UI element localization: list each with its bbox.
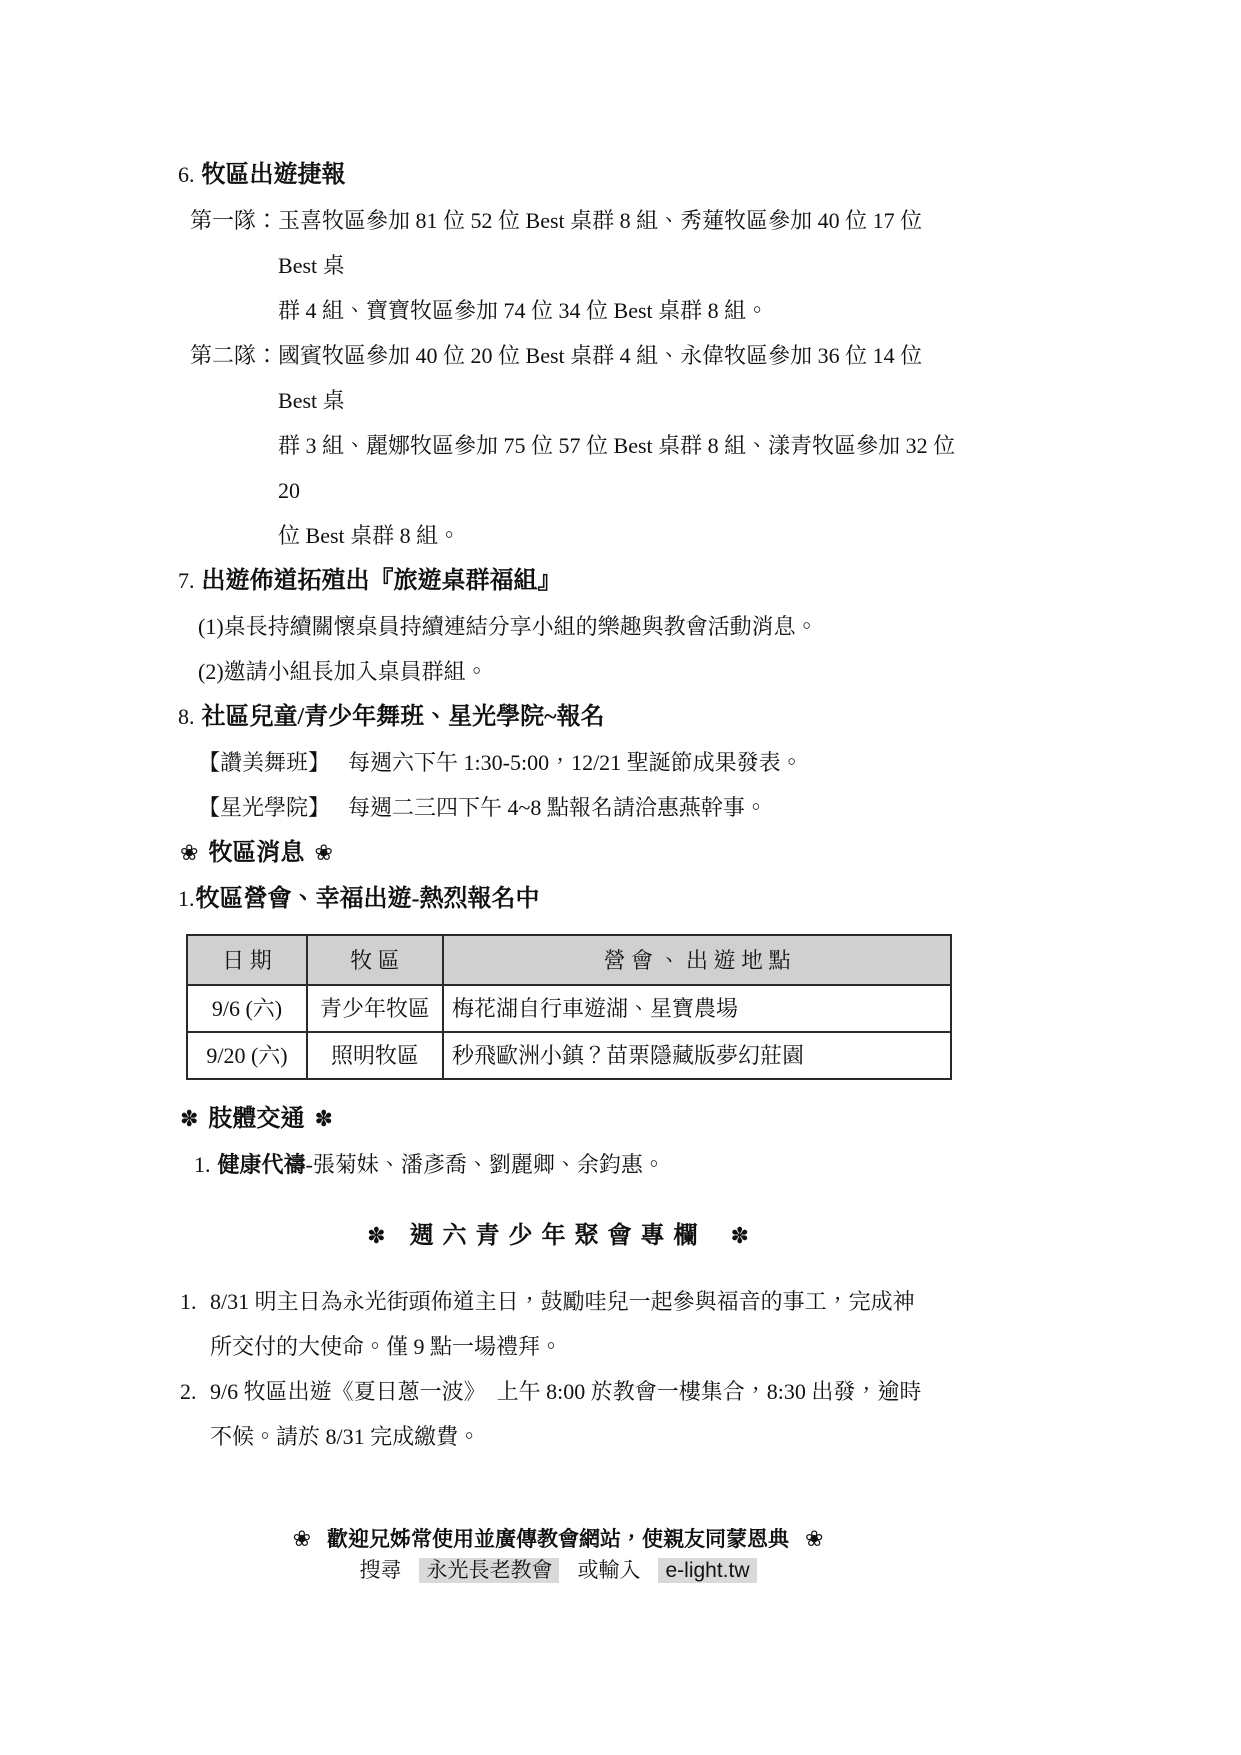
fellowship-heading: ✽肢體交通✽ — [178, 1096, 960, 1142]
youth-column-heading: ✽週六青少年聚會專欄✽ — [178, 1213, 938, 1259]
praise-dance-row: 【讚美舞班】每週六下午 1:30-5:00，12/21 聖誕節成果發表。 — [178, 740, 960, 785]
section-outreach: 7.出遊佈道拓殖出『旅遊桌群福組』 (1)桌長持續關懷桌員持續連結分享小組的樂趣… — [178, 558, 960, 694]
flower-icon: ❀ — [805, 1526, 823, 1551]
team-row: 第二隊： 國賓牧區參加 40 位 20 位 Best 桌群 4 組、永偉牧區參加… — [178, 333, 960, 558]
youth-item2-text: 9/6 牧區出遊《夏日蔥一波》 上午 8:00 於教會一樓集合，8:30 出發，… — [210, 1369, 960, 1459]
bulletin-content: 6.牧區出遊捷報 第一隊： 玉喜牧區參加 81 位 52 位 Best 桌群 8… — [178, 152, 960, 1586]
section-fellowship: ✽肢體交通✽ 1.健康代禱-張菊妹、潘彥喬、劉麗卿、余鈞惠。 — [178, 1096, 960, 1187]
pastoral-news-heading-text: 牧區消息 — [208, 840, 304, 866]
church-site-url: e-light.tw — [658, 1558, 756, 1583]
outing-report-number: 6. — [178, 162, 195, 187]
registration-number: 8. — [178, 704, 195, 729]
table-header-zone: 牧 區 — [307, 935, 443, 985]
health-prayer-label: 健康代禱 — [218, 1152, 306, 1177]
health-prayer-item: 1.健康代禱-張菊妹、潘彥喬、劉麗卿、余鈞惠。 — [178, 1142, 960, 1187]
team1-text: 玉喜牧區參加 81 位 52 位 Best 桌群 8 組、秀蓮牧區參加 40 位… — [278, 198, 960, 333]
footer-or-label: 或輸入 — [577, 1559, 640, 1582]
registration-title: 社區兒童/青少年舞班、星光學院~報名 — [202, 704, 605, 730]
starlight-row: 【星光學院】每週二三四下午 4~8 點報名請洽惠燕幹事。 — [178, 785, 960, 830]
camp-signup-number: 1. — [178, 886, 195, 911]
row2-date: 9/20 (六) — [187, 1032, 307, 1079]
row2-zone: 照明牧區 — [307, 1032, 443, 1079]
outreach-point-1: (1)桌長持續關懷桌員持續連結分享小組的樂趣與教會活動消息。 — [178, 604, 960, 649]
row2-place: 秒飛歐洲小鎮？苗栗隱藏版夢幻莊園 — [443, 1032, 951, 1079]
flower-icon: ✽ — [180, 1106, 198, 1131]
row1-zone: 青少年牧區 — [307, 985, 443, 1032]
health-prayer-names: -張菊妹、潘彥喬、劉麗卿、余鈞惠。 — [306, 1152, 665, 1177]
health-prayer-number: 1. — [194, 1152, 211, 1177]
row1-date: 9/6 (六) — [187, 985, 307, 1032]
flower-icon: ❀ — [314, 840, 332, 865]
flower-icon: ✽ — [367, 1223, 385, 1248]
outreach-number: 7. — [178, 568, 195, 593]
page-footer: ❀歡迎兄姊常使用並廣傳教會網站，使親友同蒙恩典❀ 搜尋永光長老教會或輸入e-li… — [178, 1523, 938, 1586]
youth-item1-text: 8/31 明主日為永光街頭佈道主日，鼓勵哇兒一起參與福音的事工，完成神 所交付的… — [210, 1279, 960, 1369]
starlight-label: 【星光學院】 — [198, 795, 330, 820]
flower-icon: ✽ — [731, 1223, 749, 1248]
section-youth-column: ✽週六青少年聚會專欄✽ 1. 8/31 明主日為永光街頭佈道主日，鼓勵哇兒一起參… — [178, 1213, 960, 1459]
bulletin-page: 6.牧區出遊捷報 第一隊： 玉喜牧區參加 81 位 52 位 Best 桌群 8… — [0, 0, 1241, 1755]
team2-label: 第二隊： — [178, 333, 278, 558]
praise-dance-text: 每週六下午 1:30-5:00，12/21 聖誕節成果發表。 — [348, 750, 803, 775]
church-site-name: 永光長老教會 — [419, 1558, 559, 1583]
outing-report-title: 牧區出遊捷報 — [202, 162, 346, 188]
camp-outing-table: 日 期 牧 區 營 會 、 出 遊 地 點 9/6 (六) 青少年牧區 梅花湖自… — [186, 934, 952, 1080]
flower-icon: ❀ — [180, 840, 198, 865]
team2-text: 國賓牧區參加 40 位 20 位 Best 桌群 4 組、永偉牧區參加 36 位… — [278, 333, 960, 558]
table-row: 9/6 (六) 青少年牧區 梅花湖自行車遊湖、星寶農場 — [187, 985, 951, 1032]
section-registration: 8.社區兒童/青少年舞班、星光學院~報名 【讚美舞班】每週六下午 1:30-5:… — [178, 694, 960, 830]
table-header-place: 營 會 、 出 遊 地 點 — [443, 935, 951, 985]
outing-report-heading: 6.牧區出遊捷報 — [178, 152, 960, 198]
outreach-point-2: (2)邀請小組長加入桌員群組。 — [178, 649, 960, 694]
camp-signup-heading: 1.牧區營會、幸福出遊-熱烈報名中 — [178, 876, 960, 922]
flower-icon: ✽ — [314, 1106, 332, 1131]
youth-item: 2. 9/6 牧區出遊《夏日蔥一波》 上午 8:00 於教會一樓集合，8:30 … — [178, 1369, 960, 1459]
youth-column-heading-text: 週六青少年聚會專欄 — [410, 1223, 707, 1249]
table-header-row: 日 期 牧 區 營 會 、 出 遊 地 點 — [187, 935, 951, 985]
camp-signup-title: 牧區營會、幸福出遊-熱烈報名中 — [196, 886, 540, 912]
outreach-heading: 7.出遊佈道拓殖出『旅遊桌群福組』 — [178, 558, 960, 604]
footer-welcome-line: ❀歡迎兄姊常使用並廣傳教會網站，使親友同蒙恩典❀ — [178, 1523, 938, 1555]
team1-label: 第一隊： — [178, 198, 278, 333]
section-pastoral-news: ❀牧區消息❀ 1.牧區營會、幸福出遊-熱烈報名中 日 期 牧 區 營 會 、 出… — [178, 830, 960, 1080]
section-outing-report: 6.牧區出遊捷報 第一隊： 玉喜牧區參加 81 位 52 位 Best 桌群 8… — [178, 152, 960, 558]
praise-dance-label: 【讚美舞班】 — [198, 750, 330, 775]
table-row: 9/20 (六) 照明牧區 秒飛歐洲小鎮？苗栗隱藏版夢幻莊園 — [187, 1032, 951, 1079]
table-header-date: 日 期 — [187, 935, 307, 985]
registration-heading: 8.社區兒童/青少年舞班、星光學院~報名 — [178, 694, 960, 740]
youth-item2-number: 2. — [178, 1369, 210, 1459]
footer-welcome-text: 歡迎兄姊常使用並廣傳教會網站，使親友同蒙恩典 — [327, 1528, 789, 1551]
youth-item1-number: 1. — [178, 1279, 210, 1369]
footer-search-label: 搜尋 — [359, 1559, 401, 1582]
row1-place: 梅花湖自行車遊湖、星寶農場 — [443, 985, 951, 1032]
outreach-title: 出遊佈道拓殖出『旅遊桌群福組』 — [202, 568, 562, 594]
youth-item: 1. 8/31 明主日為永光街頭佈道主日，鼓勵哇兒一起參與福音的事工，完成神 所… — [178, 1279, 960, 1369]
team-row: 第一隊： 玉喜牧區參加 81 位 52 位 Best 桌群 8 組、秀蓮牧區參加… — [178, 198, 960, 333]
flower-icon: ❀ — [293, 1526, 311, 1551]
fellowship-heading-text: 肢體交通 — [208, 1106, 304, 1132]
pastoral-news-heading: ❀牧區消息❀ — [178, 830, 960, 876]
starlight-text: 每週二三四下午 4~8 點報名請洽惠燕幹事。 — [348, 795, 767, 820]
footer-search-line: 搜尋永光長老教會或輸入e-light.tw — [178, 1555, 938, 1586]
